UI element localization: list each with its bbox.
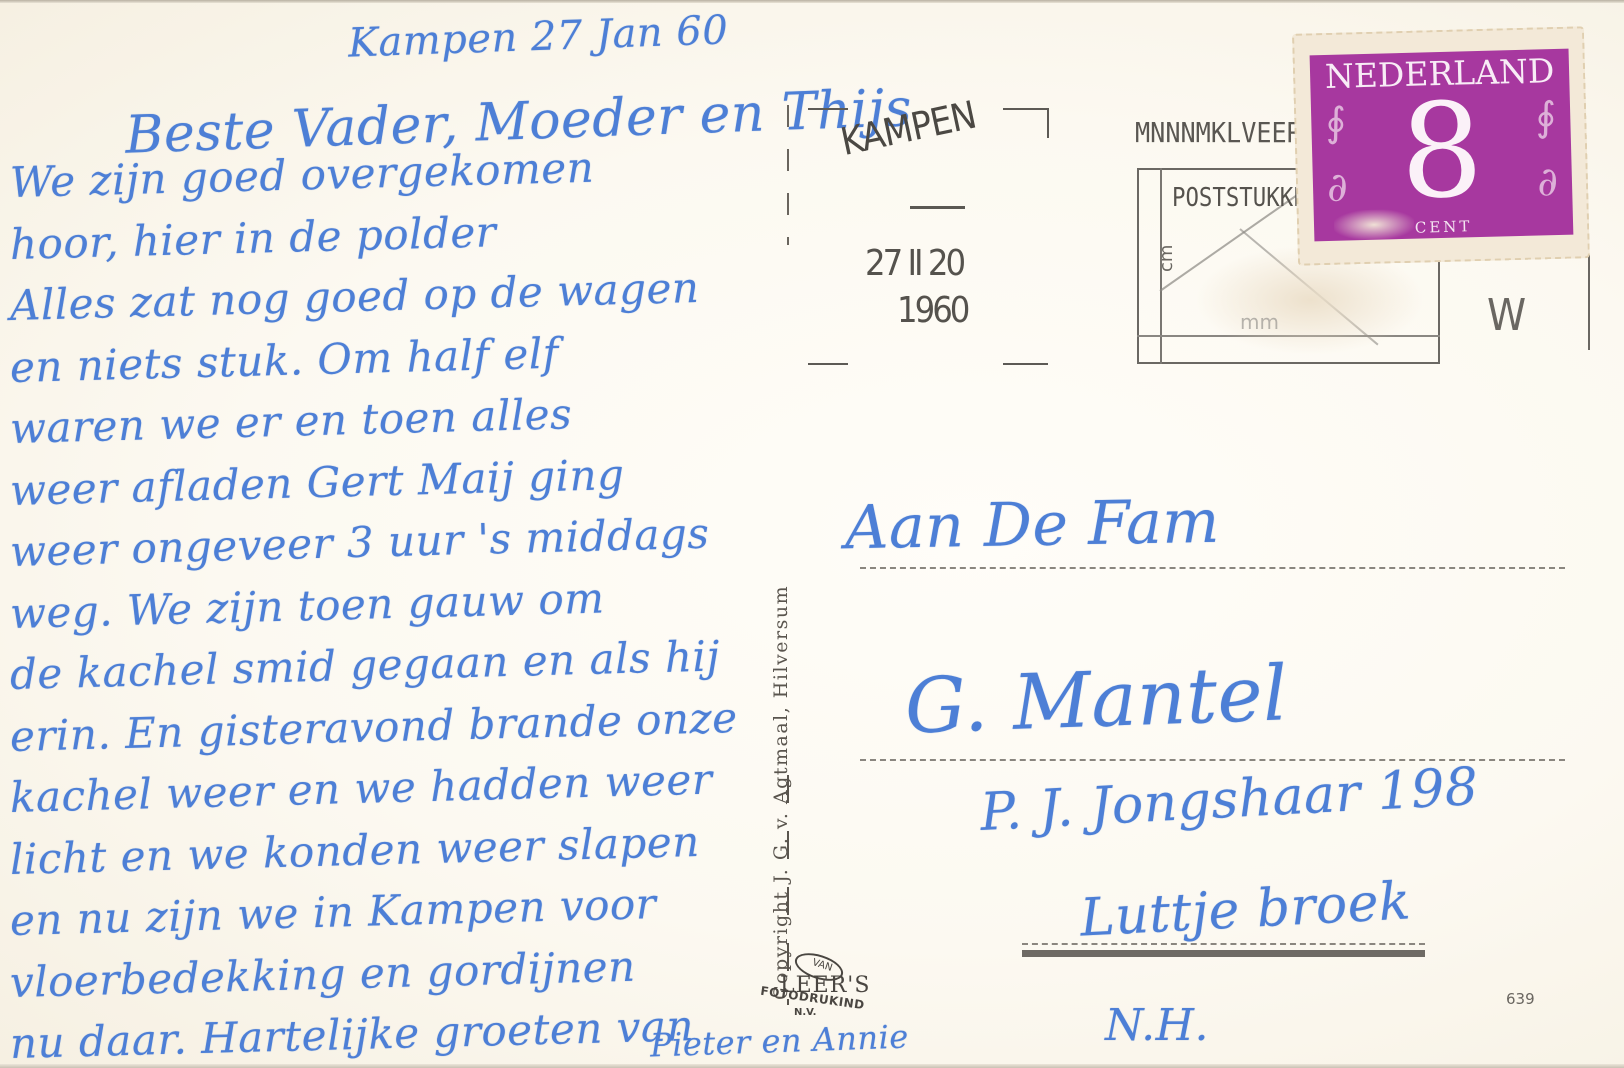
- address-addressee: Aan De Fam: [844, 487, 1220, 564]
- stamp-value: 8: [1310, 83, 1572, 220]
- postmark-frame: [1047, 108, 1049, 138]
- postmark-date: 27 II 20: [865, 243, 963, 284]
- postmark-bar: [910, 206, 965, 209]
- letter-line: de kachel smid gegaan en als hij: [9, 631, 720, 699]
- letter-line: vloerbedekking en gordijnen: [9, 941, 636, 1006]
- letter-line: waren we er en toen alles: [9, 389, 572, 453]
- letter-line: hoor, hier in de polder: [9, 207, 497, 269]
- slogan-unit-cm: cm: [1156, 245, 1177, 272]
- letter-line: Alles zat nog goed op de wagen: [9, 263, 700, 330]
- address-street: P. J. Jongshaar 198: [979, 757, 1480, 843]
- postmark-year: 1960: [897, 290, 967, 331]
- postage-stamp: NEDERLAND ∮ ∮ ∂ ∂ 8 CENT: [1292, 26, 1590, 266]
- card-top-edge: [0, 0, 1624, 3]
- letter-line: weg. We zijn toen gauw om: [9, 573, 605, 638]
- letter-line: en niets stuk. Om half elf: [9, 328, 559, 391]
- postmark-frame: [808, 108, 848, 110]
- letter-line: erin. En gisteravond brande onze: [9, 692, 738, 760]
- slogan-bar: [1588, 255, 1590, 350]
- letter-line: en nu zijn we in Kampen voor: [9, 879, 657, 945]
- address-line: [860, 567, 1565, 569]
- stamp-face: NEDERLAND ∮ ∮ ∂ ∂ 8 CENT: [1310, 49, 1574, 242]
- slogan-letter: W: [1487, 290, 1526, 341]
- slogan-unit-mm: mm: [1240, 310, 1279, 334]
- letter-line: We zijn goed overgekomen: [9, 143, 594, 207]
- letter-line: weer afladen Gert Maij ging: [9, 449, 625, 514]
- letter-line: nu daar. Hartelijke groeten van: [9, 1001, 694, 1068]
- letter-line: licht en we konden weer slapen: [9, 816, 700, 883]
- stamp-damage: [1334, 209, 1415, 241]
- address-city: Luttje broek: [1079, 871, 1413, 948]
- letter-line: weer ongeveer 3 uur 's middags: [9, 509, 710, 576]
- address-name: G. Mantel: [904, 648, 1290, 750]
- postmark-frame: [1003, 363, 1048, 365]
- postmark-frame: [1003, 108, 1048, 110]
- address-region: N.H.: [1105, 1000, 1209, 1051]
- postmark-frame: [808, 363, 848, 365]
- copyright-line: Copyright J. G. v. Agtmaal, Hilversum: [770, 585, 792, 1000]
- divider-dashes-top: [787, 105, 789, 245]
- card-number: 639: [1506, 990, 1535, 1008]
- publisher-logo: VAN LEER'S FOTODRUKIND N.V.: [760, 955, 880, 1068]
- letter-date: Kampen 27 Jan 60: [347, 7, 729, 66]
- logo-suffix: N.V.: [794, 1007, 816, 1018]
- address-underline-bar: [1022, 950, 1425, 957]
- letter-line: kachel weer en we hadden weer: [9, 755, 713, 822]
- postcard-back: Kampen 27 Jan 60 Beste Vader, Moeder en …: [0, 0, 1624, 1068]
